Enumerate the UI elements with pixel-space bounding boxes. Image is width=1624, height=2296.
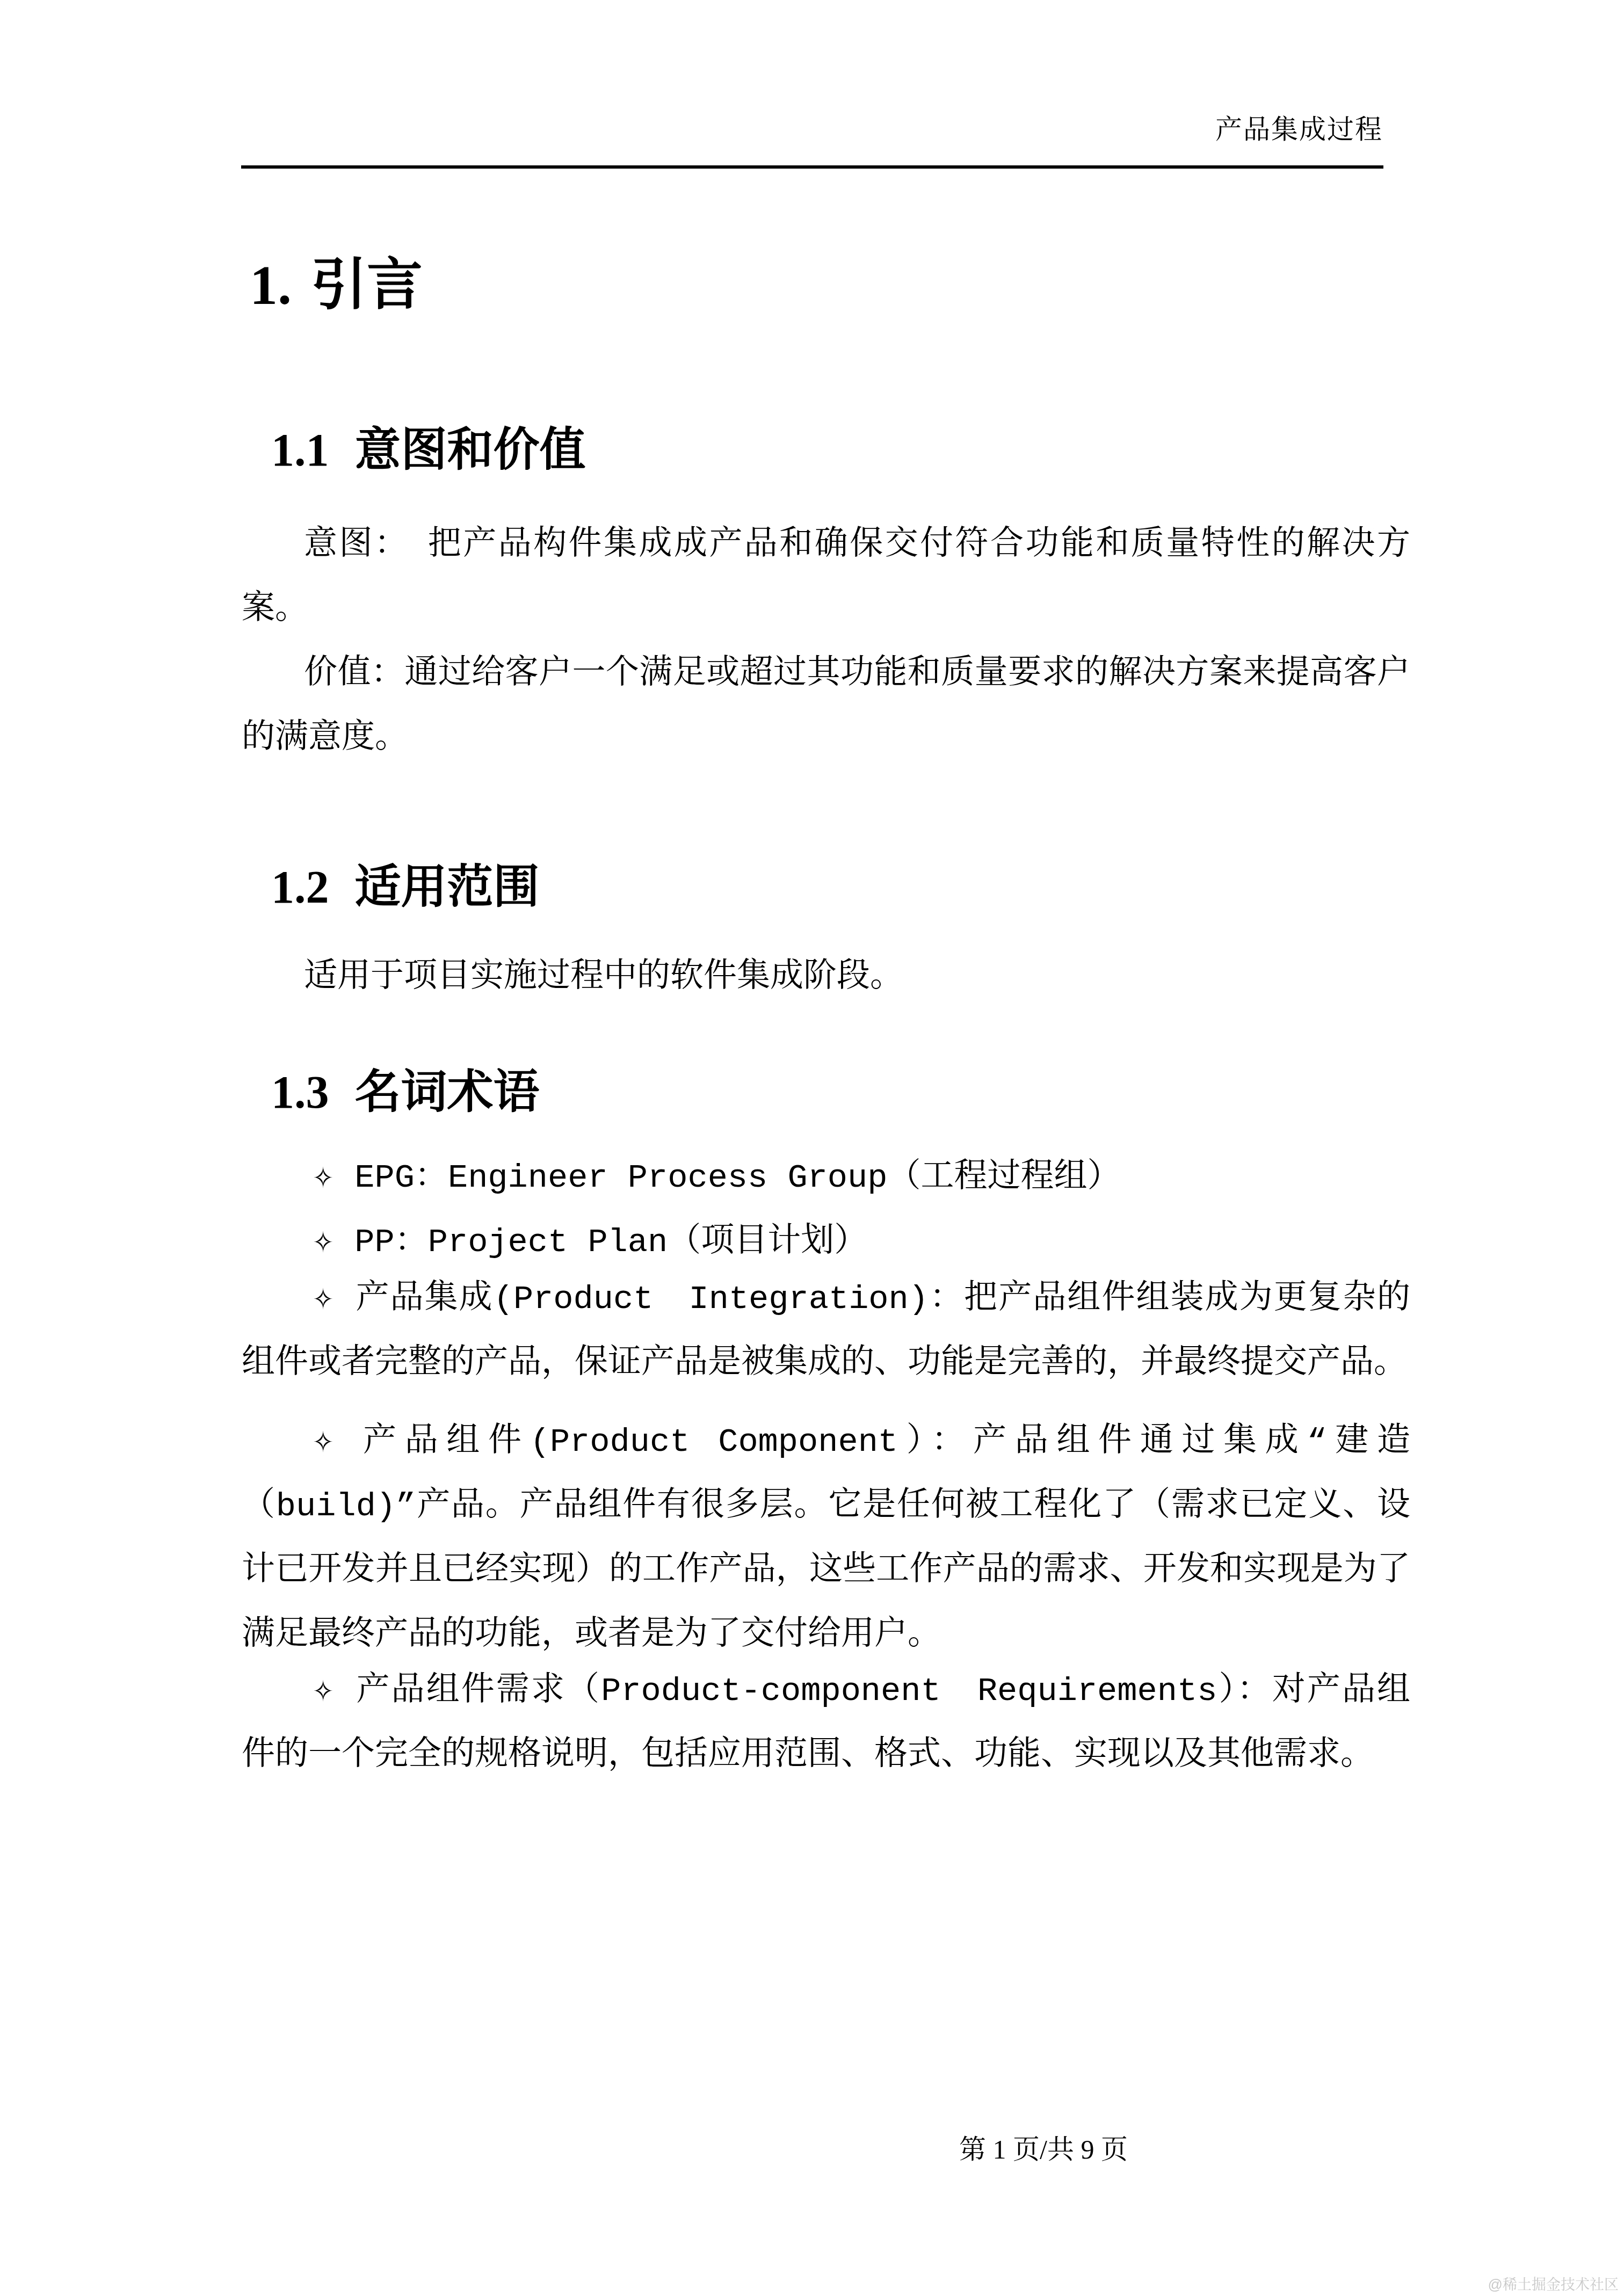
paragraph-scope: 适用于项目实施过程中的软件集成阶段。 bbox=[242, 946, 1410, 1010]
section-number: 1.3 bbox=[271, 1066, 329, 1118]
watermark-community-credit: @稀土掘金技术社区 bbox=[1488, 2277, 1619, 2293]
section-number: 1.1 bbox=[271, 424, 329, 476]
diamond-bullet-icon: ✧ bbox=[313, 1405, 333, 1479]
running-header-title: 产品集成过程 bbox=[1215, 113, 1383, 146]
diamond-bullet-icon: ✧ bbox=[313, 1262, 333, 1336]
section-heading-terminology: 1.3名词术语 bbox=[271, 1062, 540, 1122]
paragraph-intent: 意图： 把产品构件集成成产品和确保交付符合功能和质量特性的解决方案。 bbox=[242, 513, 1410, 642]
chapter-number: 1. bbox=[250, 255, 292, 316]
term-item-epg: ✧EPG：Engineer Process Group（工程过程组） bbox=[242, 1146, 1410, 1210]
term-text: 产品组件(Product Component）：产品组件通过集成“建造（buil… bbox=[242, 1423, 1410, 1654]
chapter-label: 引言 bbox=[311, 255, 423, 316]
paragraph-value: 价值：通过给客户一个满足或超过其功能和质量要求的解决方案来提高客户的满意度。 bbox=[242, 642, 1410, 771]
term-item-pp: ✧PP：Project Plan（项目计划） bbox=[242, 1210, 1410, 1275]
term-item-product-component-requirements: ✧产品组件需求（Product-component Requirements）：… bbox=[242, 1659, 1410, 1788]
diamond-bullet-icon: ✧ bbox=[313, 1654, 333, 1728]
diamond-bullet-icon: ✧ bbox=[313, 1141, 333, 1215]
term-item-product-integration: ✧产品集成(Product Integration)：把产品组件组装成为更复杂的… bbox=[242, 1267, 1410, 1396]
section-label: 名词术语 bbox=[355, 1066, 540, 1118]
term-item-product-component: ✧产品组件(Product Component）：产品组件通过集成“建造（bui… bbox=[242, 1410, 1410, 1668]
term-text: PP：Project Plan（项目计划） bbox=[354, 1223, 867, 1261]
section-label: 意图和价值 bbox=[355, 424, 586, 476]
term-text: 产品组件需求（Product-component Requirements）：对… bbox=[242, 1672, 1410, 1775]
header-rule-divider bbox=[241, 165, 1383, 169]
section-heading-intent-value: 1.1意图和价值 bbox=[271, 420, 586, 480]
term-text: 产品集成(Product Integration)：把产品组件组装成为更复杂的组… bbox=[242, 1280, 1410, 1383]
section-number: 1.2 bbox=[271, 861, 329, 913]
document-page: 产品集成过程 1.引言 1.1意图和价值 意图： 把产品构件集成成产品和确保交付… bbox=[0, 0, 1624, 2296]
section-heading-scope: 1.2适用范围 bbox=[271, 857, 540, 917]
page-title: 1.引言 bbox=[250, 248, 423, 323]
term-text: EPG：Engineer Process Group（工程过程组） bbox=[354, 1159, 1120, 1197]
section-label: 适用范围 bbox=[355, 861, 540, 913]
page-footer-pagination: 第 1 页/共 9 页 bbox=[959, 2133, 1128, 2166]
